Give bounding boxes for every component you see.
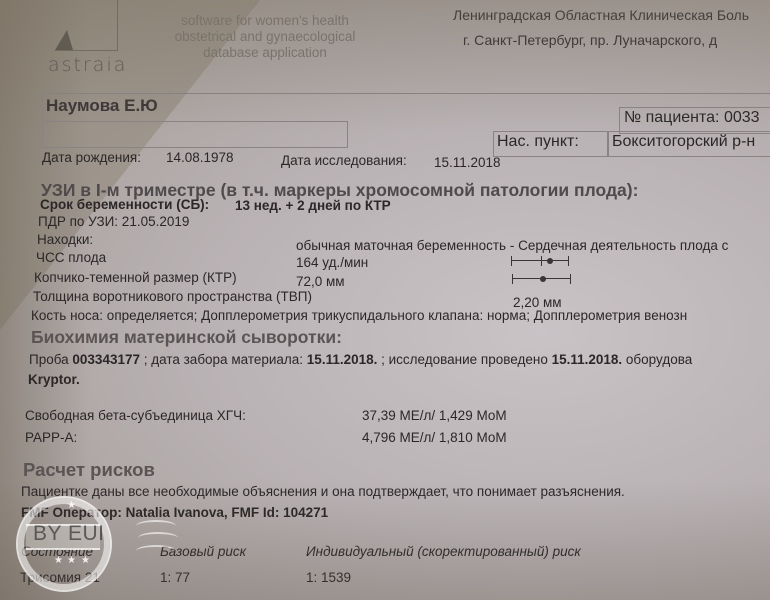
findings-label: Находки: bbox=[37, 232, 93, 247]
patient-name: Наумова Е.Ю bbox=[46, 96, 158, 116]
locality-label: Нас. пункт: bbox=[497, 133, 579, 151]
equipment: Kryptor. bbox=[28, 372, 80, 387]
software-tagline: software for women's health obstetrical … bbox=[150, 13, 380, 61]
edd: ПДР по УЗИ: 21.05.2019 bbox=[38, 214, 189, 229]
blank-field-frame bbox=[42, 121, 348, 148]
watermark-wave bbox=[138, 532, 178, 544]
star-icon: ★ bbox=[67, 555, 76, 566]
logo-triangle-icon bbox=[55, 30, 73, 50]
sample-line: Проба 003343177 ; дата забора материала:… bbox=[29, 352, 692, 367]
tagline-line: database application bbox=[150, 45, 380, 61]
locality-value: Бокситогорский р-н bbox=[612, 133, 755, 151]
biochem-row-label: PAPP-A: bbox=[25, 430, 77, 445]
exam-date-label: Дата исследования: bbox=[281, 153, 407, 168]
star-icon: ★ bbox=[81, 555, 90, 566]
risk-row-individual: 1: 1539 bbox=[306, 570, 351, 585]
hospital-header: Ленинградская Областная Клиническая Боль… bbox=[453, 3, 749, 53]
hospital-address: г. Санкт-Петербург, пр. Луначарского, д bbox=[453, 28, 749, 53]
crl-reference-range-bar bbox=[511, 256, 569, 266]
fhr-label: ЧСС плода bbox=[36, 250, 106, 265]
consent-note: Пациентке даны все необходимые объяснени… bbox=[21, 484, 625, 499]
watermark-wave bbox=[136, 545, 176, 557]
nt-reference-range-bar bbox=[512, 274, 571, 284]
star-icon: ★ bbox=[67, 500, 76, 511]
star-icon: ★ bbox=[54, 555, 63, 566]
biochem-row-label: Свободная бета-субъединица ХГЧ: bbox=[25, 408, 246, 423]
risk-title: Расчет рисков bbox=[23, 459, 155, 481]
dob-label: Дата рождения: bbox=[42, 150, 141, 165]
watermark-text: BY EUI bbox=[33, 522, 104, 546]
sample-id: 003343177 bbox=[72, 352, 140, 367]
dob-value: 14.08.1978 bbox=[166, 150, 234, 165]
logo: astraia bbox=[48, 54, 127, 76]
watermark-wave bbox=[136, 520, 176, 532]
tagline-line: software for women's health bbox=[150, 13, 380, 29]
test-date: 15.11.2018. bbox=[552, 352, 623, 367]
sample-text: ; дата забора материала: bbox=[140, 352, 307, 367]
risk-row-base: 1: 77 bbox=[160, 570, 190, 585]
ga-label: Срок беременности (СБ): bbox=[40, 197, 209, 212]
tagline-line: obstetrical and gynaecological bbox=[150, 29, 380, 45]
sample-text: ; исследование проведено bbox=[377, 352, 551, 367]
fhr-value: 164 уд./мин bbox=[296, 255, 368, 270]
patient-number: № пациента: 0033 bbox=[624, 109, 760, 127]
nasal-bone-doppler-line: Кость носа: определяется; Допплерометрия… bbox=[31, 308, 687, 323]
hospital-name: Ленинградская Областная Клиническая Боль bbox=[453, 3, 749, 28]
crl-value: 72,0 мм bbox=[296, 274, 345, 289]
sample-prefix: Проба bbox=[29, 352, 72, 367]
col-individual-risk: Индивидуальный (скоректированный) риск bbox=[306, 544, 581, 559]
nt-label: Толщина воротникового пространства (ТВП) bbox=[33, 289, 312, 304]
biochem-row-value: 37,39 МЕ/л/ 1,429 МоМ bbox=[362, 408, 507, 423]
ga-value: 13 нед. + 2 дней по КТР bbox=[235, 198, 391, 213]
findings-value: обычная маточная беременность - Сердечна… bbox=[296, 238, 728, 253]
sample-text: оборудова bbox=[622, 352, 692, 367]
crl-label: Копчико-теменной размер (КТР) bbox=[34, 270, 237, 285]
biochem-row-value: 4,796 МЕ/л/ 1,810 МоМ bbox=[362, 430, 507, 445]
sample-date: 15.11.2018. bbox=[307, 352, 378, 367]
biochem-title: Биохимия материнской сыворотки: bbox=[31, 327, 342, 348]
exam-date-value: 15.11.2018 bbox=[434, 155, 501, 170]
